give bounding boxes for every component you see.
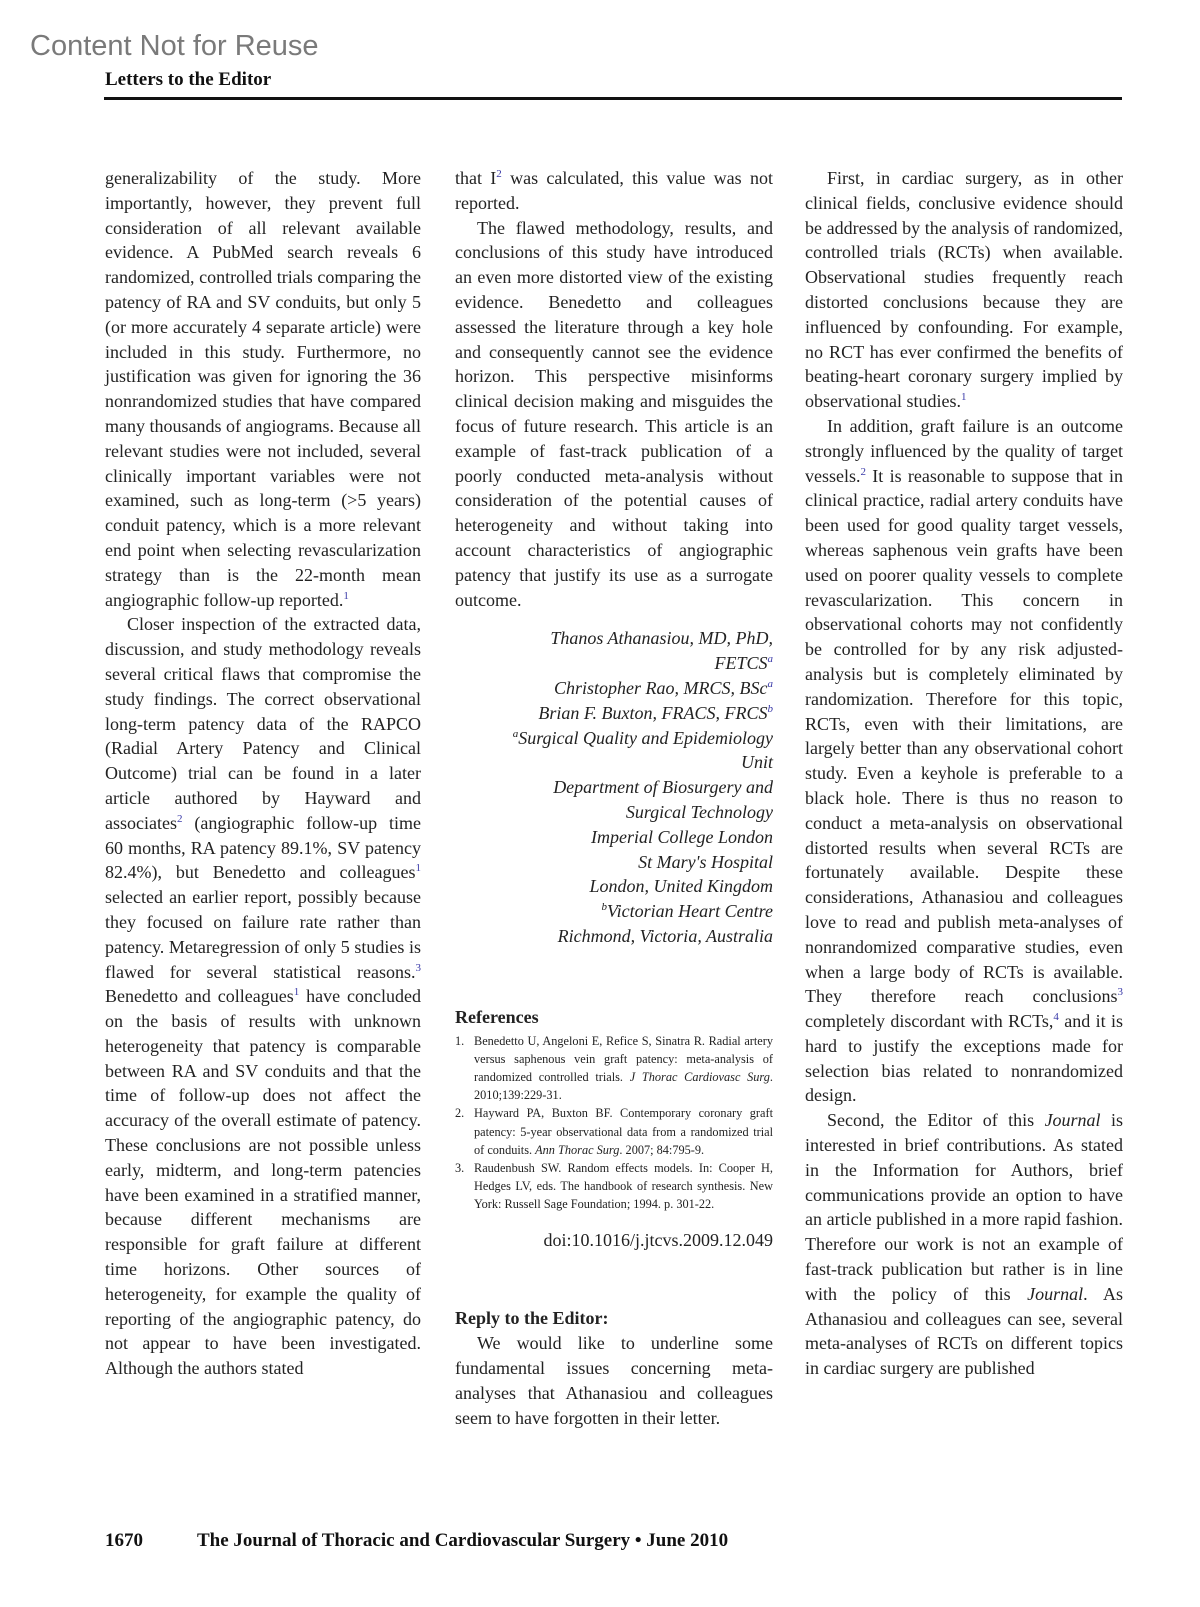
- column-2: that I2 was calculated, this value was n…: [455, 166, 773, 1430]
- author-name: Thanos Athanasiou, MD, PhD,: [455, 626, 773, 651]
- doi-link[interactable]: doi:10.1016/j.jtcvs.2009.12.049: [455, 1228, 773, 1253]
- paragraph: Closer inspection of the extracted data,…: [105, 612, 421, 1381]
- paragraph: generalizability of the study. More impo…: [105, 166, 421, 612]
- author-name: Christopher Rao, MRCS, BSca: [455, 676, 773, 701]
- watermark: Content Not for Reuse: [30, 30, 319, 63]
- column-3: First, in cardiac surgery, as in other c…: [805, 166, 1123, 1381]
- column-1: generalizability of the study. More impo…: [105, 166, 421, 1381]
- section-header: Letters to the Editor: [105, 69, 271, 91]
- citation-link[interactable]: 3: [416, 962, 422, 974]
- page-footer: 1670The Journal of Thoracic and Cardiova…: [105, 1530, 728, 1552]
- affiliation-marker: b: [768, 703, 774, 715]
- citation-link[interactable]: 1: [416, 862, 422, 874]
- paragraph: In addition, graft failure is an outcome…: [805, 414, 1123, 1108]
- affiliation: aSurgical Quality and Epidemiology: [455, 726, 773, 751]
- references-list: 1.Benedetto U, Angeloni E, Refice S, Sin…: [455, 1032, 773, 1214]
- paragraph: We would like to underline some fundamen…: [455, 1331, 773, 1430]
- paragraph: Second, the Editor of this Journal is in…: [805, 1108, 1123, 1381]
- paragraph: First, in cardiac surgery, as in other c…: [805, 166, 1123, 414]
- affiliation-marker: a: [768, 678, 774, 690]
- signature-block: Thanos Athanasiou, MD, PhD, FETCSa Chris…: [455, 626, 773, 948]
- reference-item: 1.Benedetto U, Angeloni E, Refice S, Sin…: [455, 1032, 773, 1105]
- affiliation: bVictorian Heart Centre: [455, 899, 773, 924]
- paragraph: The flawed methodology, results, and con…: [455, 216, 773, 613]
- header-rule: [104, 97, 1122, 100]
- affiliation-marker: a: [768, 653, 774, 665]
- reply-heading: Reply to the Editor:: [455, 1306, 773, 1331]
- references-heading: References: [455, 1005, 773, 1030]
- page-number: 1670: [105, 1530, 197, 1552]
- reference-item: 2.Hayward PA, Buxton BF. Contemporary co…: [455, 1104, 773, 1159]
- reference-item: 3.Raudenbush SW. Random effects models. …: [455, 1159, 773, 1214]
- author-name: Brian F. Buxton, FRACS, FRCSb: [455, 701, 773, 726]
- citation-link[interactable]: 1: [343, 590, 349, 602]
- citation-link[interactable]: 3: [1118, 986, 1124, 998]
- journal-title: The Journal of Thoracic and Cardiovascul…: [197, 1530, 728, 1551]
- citation-link[interactable]: 1: [961, 391, 967, 403]
- paragraph: that I2 was calculated, this value was n…: [455, 166, 773, 216]
